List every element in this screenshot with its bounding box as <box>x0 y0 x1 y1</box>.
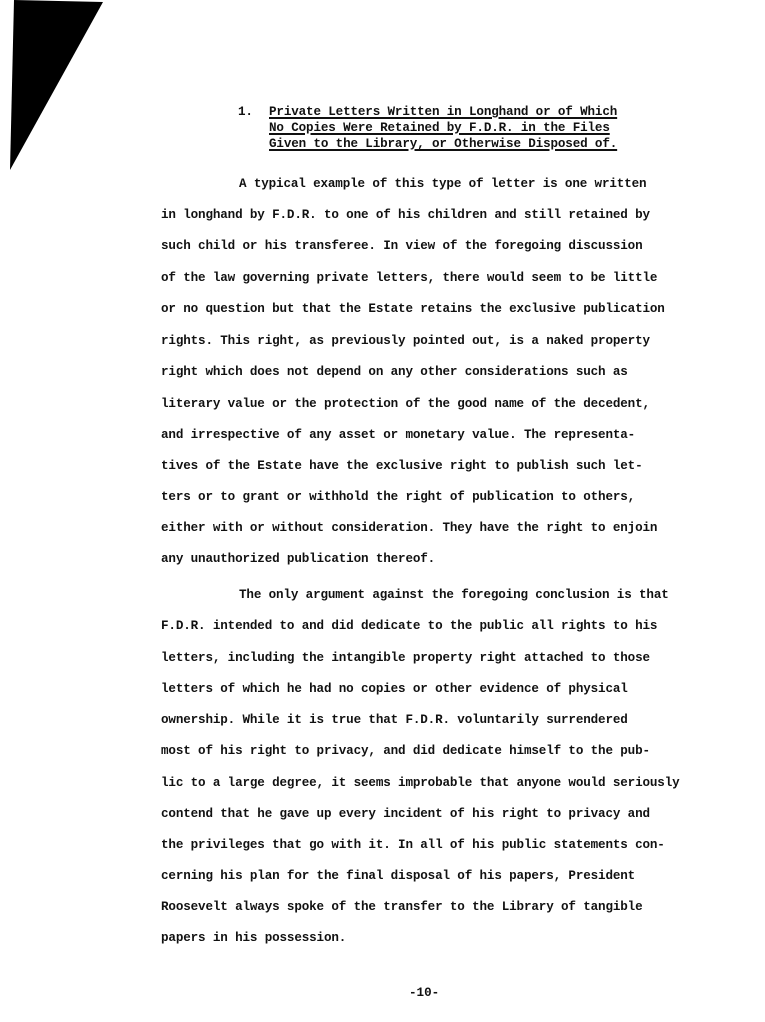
text-line: letters of which he had no copies or oth… <box>161 681 628 697</box>
text-line: lic to a large degree, it seems improbab… <box>161 775 680 791</box>
text-line: and irrespective of any asset or monetar… <box>161 427 635 443</box>
scan-corner-mark <box>0 0 105 172</box>
section-number: 1. <box>238 104 253 120</box>
text-line: papers in his possession. <box>161 930 346 946</box>
text-line: Roosevelt always spoke of the transfer t… <box>161 899 643 915</box>
text-line: of the law governing private letters, th… <box>161 270 657 286</box>
section-title-line: No Copies Were Retained by F.D.R. in the… <box>269 120 617 136</box>
section-title: Private Letters Written in Longhand or o… <box>269 104 617 152</box>
text-line: rights. This right, as previously pointe… <box>161 333 650 349</box>
text-line: F.D.R. intended to and did dedicate to t… <box>161 618 657 634</box>
text-line: the privileges that go with it. In all o… <box>161 837 665 853</box>
text-line: contend that he gave up every incident o… <box>161 806 650 822</box>
text-line: literary value or the protection of the … <box>161 396 650 412</box>
text-line: tives of the Estate have the exclusive r… <box>161 458 643 474</box>
text-line: any unauthorized publication thereof. <box>161 551 435 567</box>
text-line: cerning his plan for the final disposal … <box>161 868 635 884</box>
text-line: A typical example of this type of letter… <box>239 176 646 192</box>
text-line: ters or to grant or withhold the right o… <box>161 489 635 505</box>
page-number: -10- <box>409 985 439 1001</box>
text-line: either with or without consideration. Th… <box>161 520 657 536</box>
text-line: most of his right to privacy, and did de… <box>161 743 650 759</box>
section-title-line: Private Letters Written in Longhand or o… <box>269 104 617 120</box>
text-line: right which does not depend on any other… <box>161 364 628 380</box>
text-line: ownership. While it is true that F.D.R. … <box>161 712 628 728</box>
text-line: in longhand by F.D.R. to one of his chil… <box>161 207 650 223</box>
text-line: The only argument against the foregoing … <box>239 587 669 603</box>
text-line: or no question but that the Estate retai… <box>161 301 665 317</box>
text-line: such child or his transferee. In view of… <box>161 238 643 254</box>
section-title-line: Given to the Library, or Otherwise Dispo… <box>269 136 617 152</box>
text-line: letters, including the intangible proper… <box>161 650 650 666</box>
